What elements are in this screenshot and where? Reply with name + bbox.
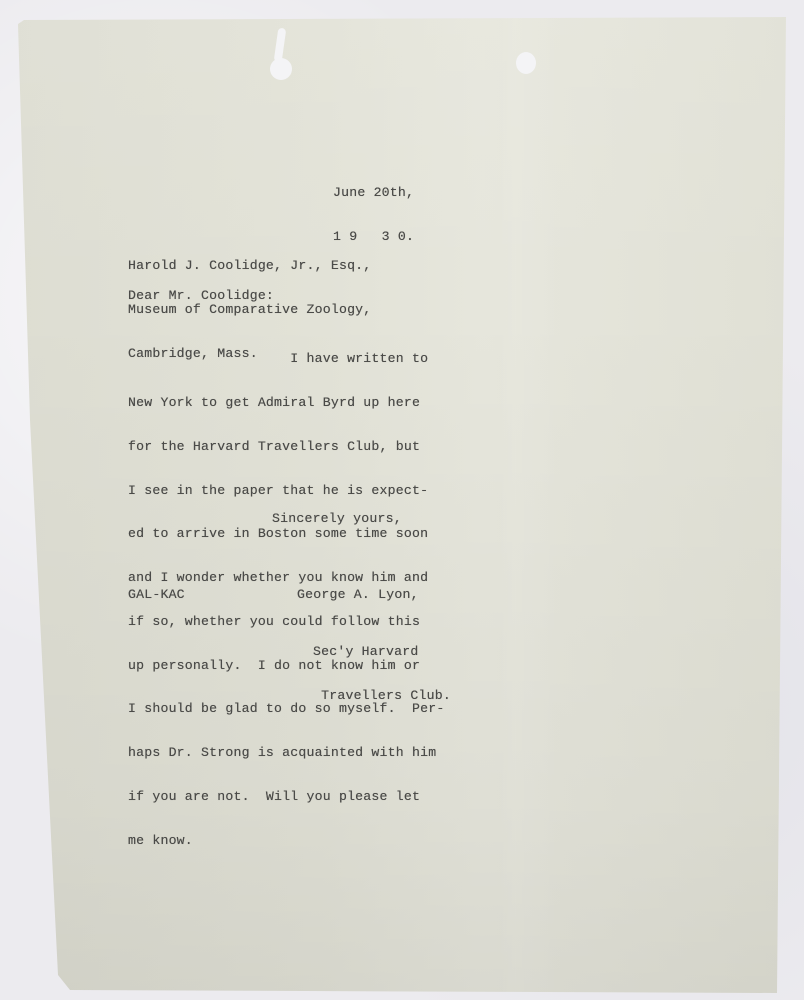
date-line: June 20th, (333, 186, 414, 201)
signature-title: Sec'y Harvard Travellers Club. (313, 616, 451, 718)
signature-name: George A. Lyon, (297, 588, 419, 603)
closing: Sincerely yours, (272, 512, 402, 527)
signature-title-line: Travellers Club. (313, 689, 451, 704)
body-line: New York to get Admiral Byrd up here (128, 396, 444, 411)
body-line: ed to arrive in Boston some time soon (128, 527, 444, 542)
body-line: me know. (128, 834, 444, 849)
recipient-name: Harold J. Coolidge, Jr., Esq., (128, 259, 371, 274)
body-line: haps Dr. Strong is acquainted with him (128, 746, 444, 761)
punch-hole-right (516, 52, 536, 74)
body-line: for the Harvard Travellers Club, but (128, 440, 444, 455)
salutation: Dear Mr. Coolidge: (128, 289, 274, 304)
reference-initials: GAL-KAC (128, 588, 185, 603)
recipient-institution: Museum of Comparative Zoology, (128, 303, 371, 318)
body-line: and I wonder whether you know him and (128, 571, 444, 586)
signature-title-line: Sec'y Harvard (313, 645, 451, 660)
body-line: if you are not. Will you please let (128, 790, 444, 805)
body-line: I have written to (128, 352, 444, 367)
punch-hole-left (270, 58, 292, 80)
body-line: I see in the paper that he is expect- (128, 484, 444, 499)
